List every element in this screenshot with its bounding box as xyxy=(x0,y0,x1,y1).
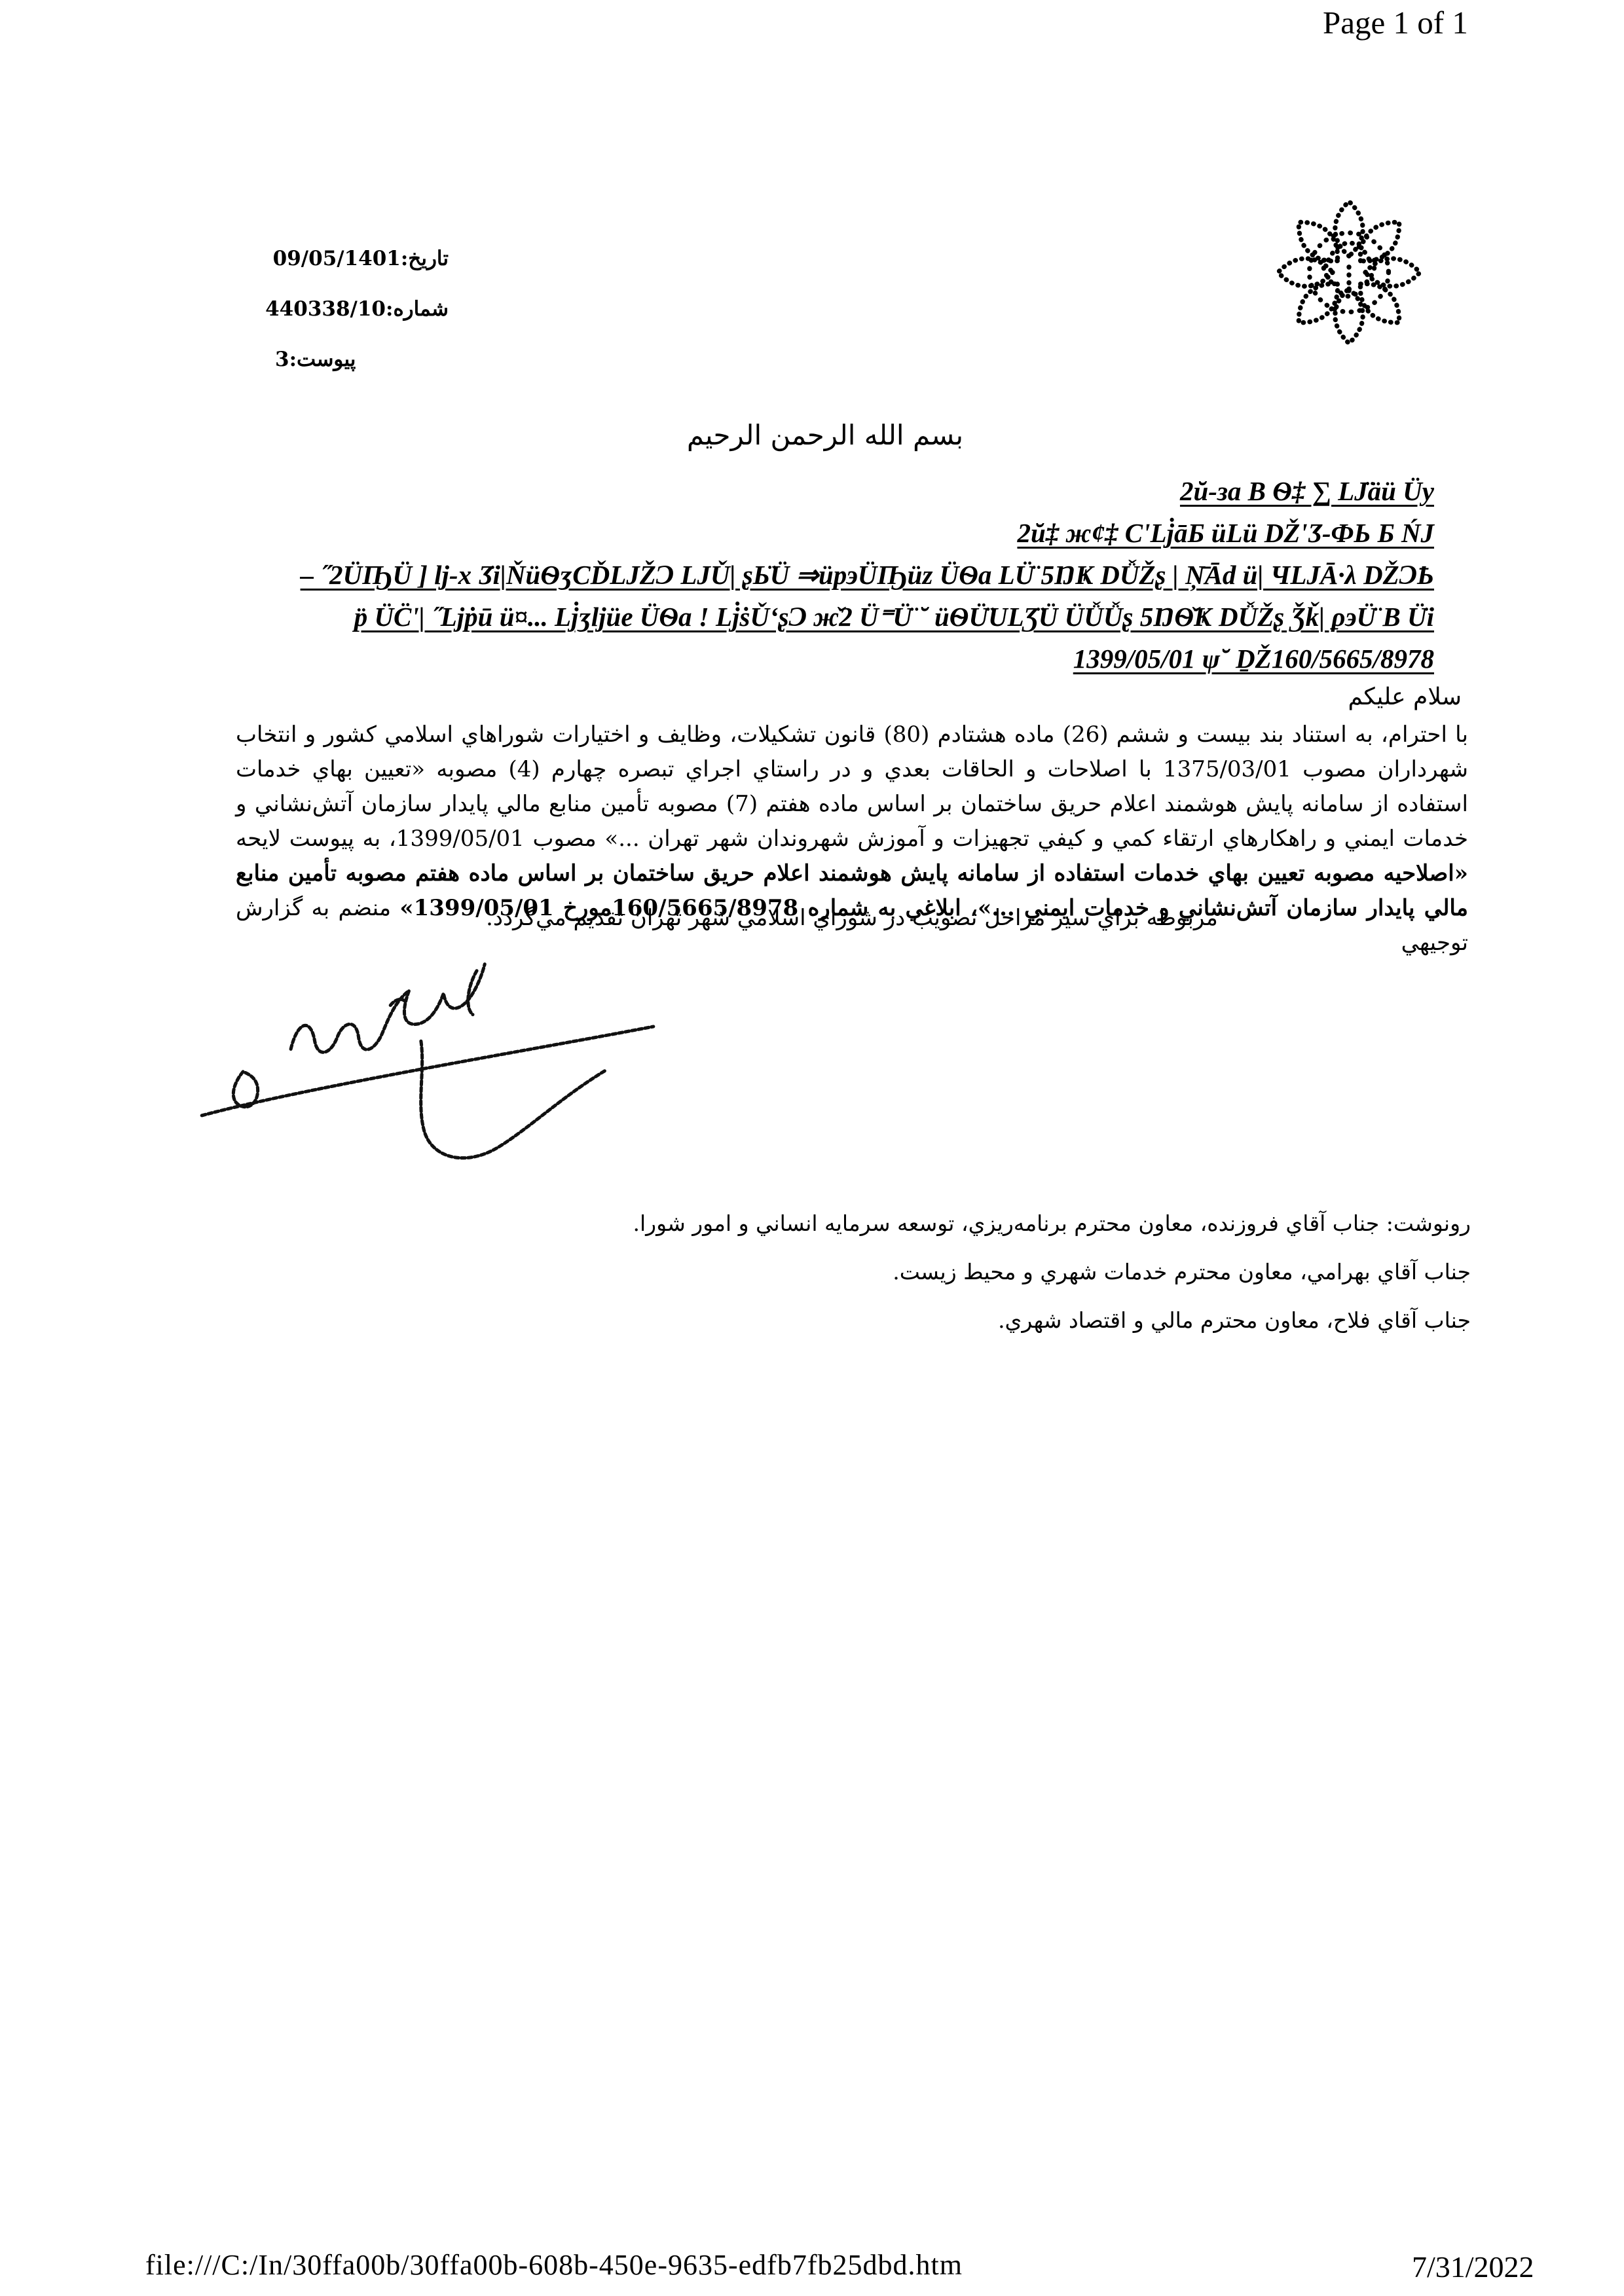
attachment-label: پيوست: xyxy=(289,348,356,371)
bismillah-line: بسم الله الرحمن الرحيم xyxy=(681,419,969,451)
letterhead-reference-numbers: 1399/05/01 ѱ˘ ḎŽ160/5665/8978 xyxy=(1073,644,1434,674)
letterhead-line: p̈ ÜC̈ʹ| ˝Ljṗū ü¤... Lj̇ʒljüe ÜѲɑ ! Lj̇ṡ… xyxy=(354,602,1434,632)
letter-attachment-row: پيوست:3 xyxy=(275,350,449,370)
letterhead-line: 2ŭ-за В Ѳ‡ ∑ LЈ̈äü Üy xyxy=(1180,476,1434,506)
print-footer-file-url: file:///C:/In/30ffa00b/30ffa00b-608b-450… xyxy=(145,2248,963,2282)
letter-number-row: شماره:440338/10 xyxy=(275,299,449,319)
signature-block xyxy=(191,941,663,1163)
date-label: تاريخ: xyxy=(401,247,449,270)
number-label: شماره: xyxy=(386,297,449,321)
letterhead-line: 2ŭ‡ ж¢‡ CʹLj̇āБ üLü DŽʹӠ-ФЬ Б ŃЈ xyxy=(1017,518,1434,548)
attachment-value: 3 xyxy=(275,348,289,371)
body-segment: با احترام، به استناد بند بيست و ششم (26)… xyxy=(236,721,1468,852)
signature-icon xyxy=(191,941,663,1161)
print-page-counter: Page 1 of 1 xyxy=(1323,4,1468,41)
date-value: 09/05/1401 xyxy=(273,247,401,270)
print-footer-date: 7/31/2022 xyxy=(1412,2250,1534,2284)
number-value: 440338/10 xyxy=(265,297,386,321)
cc-recipients-block: رونوشت: جناب آقاي فروزنده، معاون محترم ب… xyxy=(196,1199,1471,1345)
letter-date-row: تاريخ:09/05/1401 xyxy=(275,249,449,269)
letterhead-line: – ˝2ÜҦÜ ] lj-х Ӡ̈i|ŇüѲʒCĎǇŽƆ ǇǓ| ʂЬ̈Ü ⇒ü… xyxy=(301,560,1434,590)
letter-meta-block: تاريخ:09/05/1401 شماره:440338/10 پيوست:3 xyxy=(275,249,449,400)
cc-line: رونوشت: جناب آقاي فروزنده، معاون محترم ب… xyxy=(196,1199,1471,1248)
letter-closing-line: مربوطه براي سير مراحل تصويب در شوراي اسل… xyxy=(236,905,1468,931)
municipality-logo-icon xyxy=(1267,182,1431,363)
dotted-rosette-emblem-icon xyxy=(1267,182,1431,360)
printed-letter-page: Page 1 of 1 تاريخ:09/05/1401 شماره:44033… xyxy=(0,0,1624,2296)
letterhead-garbled-block: 2ŭ-за В Ѳ‡ ∑ LЈ̈äü Üy 2ŭ‡ ж¢‡ CʹLj̇āБ üL… xyxy=(190,470,1434,680)
cc-line: جناب آقاي بهرامي، معاون محترم خدمات شهري… xyxy=(196,1248,1471,1296)
greeting-line: سلام عليكم xyxy=(1348,683,1462,710)
cc-line: جناب آقاي فلاح، معاون محترم مالي و اقتصا… xyxy=(196,1296,1471,1345)
